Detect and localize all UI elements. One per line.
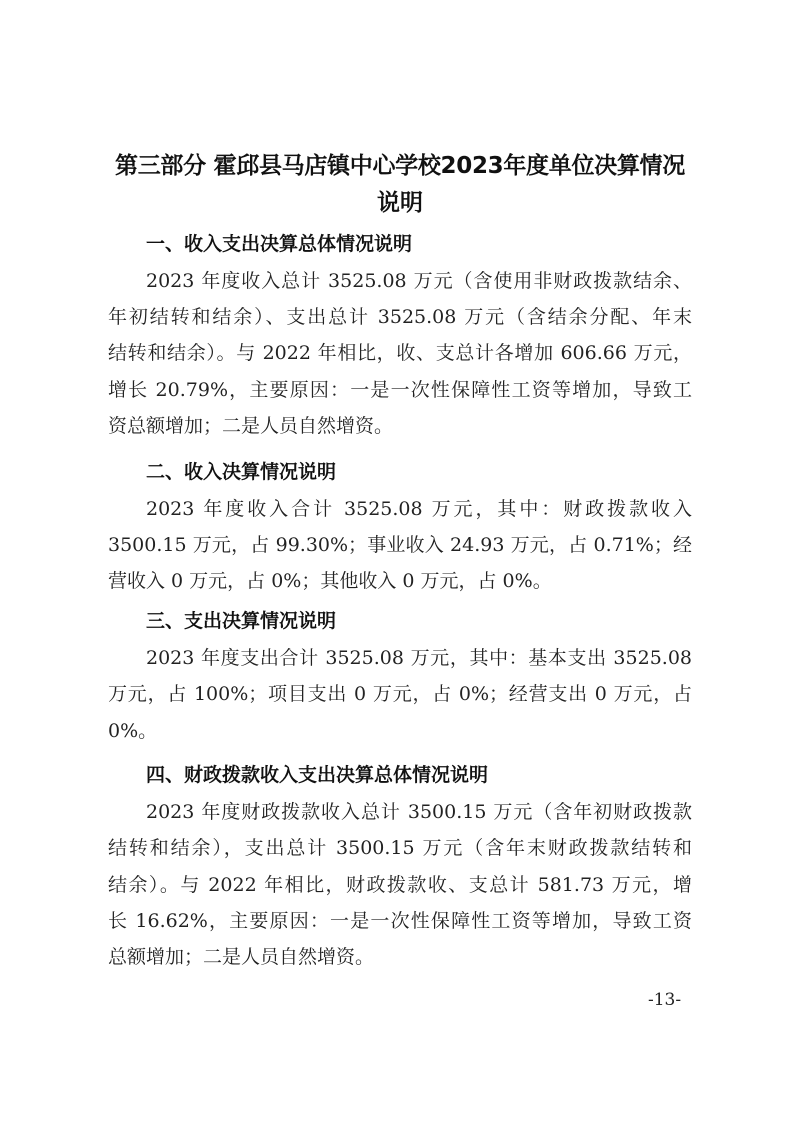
section-heading-income: 二、收入决算情况说明 (146, 457, 336, 484)
section-heading-overview: 一、收入支出决算总体情况说明 (146, 229, 412, 256)
paragraph-line: 2023 年度收入合计 3525.08 万元，其中：财政拨款收入 (146, 494, 692, 521)
document-page: 第三部分 霍邱县马店镇中心学校2023年度单位决算情况 说明 一、收入支出决算总… (0, 0, 793, 1122)
paragraph-line: 资总额增加；二是人员自然增资。 (108, 411, 692, 438)
section-heading-fiscal-appropriation: 四、财政拨款收入支出决算总体情况说明 (146, 760, 488, 787)
paragraph-line: 长 16.62%，主要原因：一是一次性保障性工资等增加，导致工资 (108, 906, 692, 933)
paragraph-line: 结转和结余）。与 2022 年相比，收、支总计各增加 606.66 万元， (108, 338, 692, 365)
paragraph-line: 2023 年度收入总计 3525.08 万元（含使用非财政拨款结余、 (146, 266, 692, 293)
paragraph-line: 2023 年度财政拨款收入总计 3500.15 万元（含年初财政拨款 (146, 797, 692, 824)
paragraph-line: 万元，占 100%；项目支出 0 万元，占 0%；经营支出 0 万元，占 (108, 679, 692, 706)
paragraph-line: 结余）。与 2022 年相比，财政拨款收、支总计 581.73 万元，增 (108, 870, 692, 897)
paragraph-line: 总额增加；二是人员自然增资。 (108, 942, 692, 969)
page-title-continued: 说明 (100, 184, 700, 217)
paragraph-line: 3500.15 万元，占 99.30%；事业收入 24.93 万元，占 0.71… (108, 530, 692, 557)
paragraph-line: 2023 年度支出合计 3525.08 万元，其中：基本支出 3525.08 (146, 643, 692, 670)
paragraph-line: 增长 20.79%，主要原因：一是一次性保障性工资等增加，导致工 (108, 375, 692, 402)
paragraph-line: 0%。 (108, 716, 692, 743)
paragraph-line: 结转和结余），支出总计 3500.15 万元（含年末财政拨款结转和 (108, 833, 692, 860)
paragraph-line: 营收入 0 万元，占 0%；其他收入 0 万元，占 0%。 (108, 566, 692, 593)
page-title: 第三部分 霍邱县马店镇中心学校2023年度单位决算情况 (100, 147, 700, 180)
paragraph-line: 年初结转和结余）、支出总计 3525.08 万元（含结余分配、年末 (108, 302, 692, 329)
page-number: -13- (648, 990, 681, 1010)
section-heading-expenditure: 三、支出决算情况说明 (146, 606, 336, 633)
